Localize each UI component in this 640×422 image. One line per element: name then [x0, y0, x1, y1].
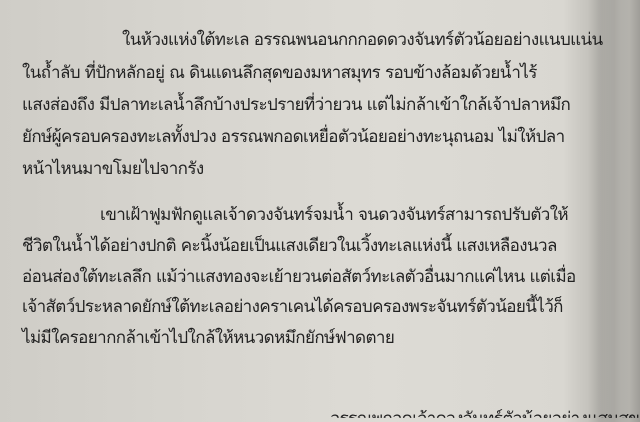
paragraph-2-line-4: เจ้าสัตว์ประหลาดยักษ์ใต้ทะเลอย่างคราเคนไ… — [22, 296, 563, 318]
paragraph-1-line-2: ในถ้ำลับ ที่ปักหลักอยู่ ณ ดินแดนลึกสุดขอ… — [22, 62, 537, 84]
paragraph-2-line-1: เขาเฝ้าฟูมฟักดูแลเจ้าดวงจันทร์จมน้ำ จนดว… — [100, 204, 568, 226]
paragraph-2-line-3: อ่อนส่องใต้ทะเลลึก แม้ว่าแสงทองจะเย้ายวน… — [22, 266, 576, 288]
book-page: ในห้วงแห่งใต้ทะเล อรรณพนอนกกกอดดวงจันทร์… — [0, 0, 640, 422]
paragraph-1-line-1: ในห้วงแห่งใต้ทะเล อรรณพนอนกกกอดดวงจันทร์… — [122, 29, 603, 51]
paragraph-2-line-5: ไม่มีใครอยากกล้าเข้าไปใกล้ให้หนวดหมึกยัก… — [22, 327, 394, 349]
paragraph-2-line-2: ชีวิตในน้ำได้อย่างปกติ คะนิ้งน้อยเป็นแสง… — [22, 235, 557, 257]
paragraph-1-line-3: แสงส่องถึง มีปลาทะเลน้ำลึกบ้างประปรายที่… — [22, 94, 570, 116]
cutoff-line: อรรณพกอดเจ้าดวงจันทร์ตัวน้อยอย่างแสนสุข — [330, 408, 639, 422]
paragraph-1-line-5: หน้าไหนมาขโมยไปจากรัง — [22, 158, 204, 180]
paragraph-1-line-4: ยักษ์ผู้ครอบครองทะเลทั้งปวง อรรณพกอดเหยื… — [22, 126, 565, 148]
page-binding-shadow — [588, 0, 640, 422]
